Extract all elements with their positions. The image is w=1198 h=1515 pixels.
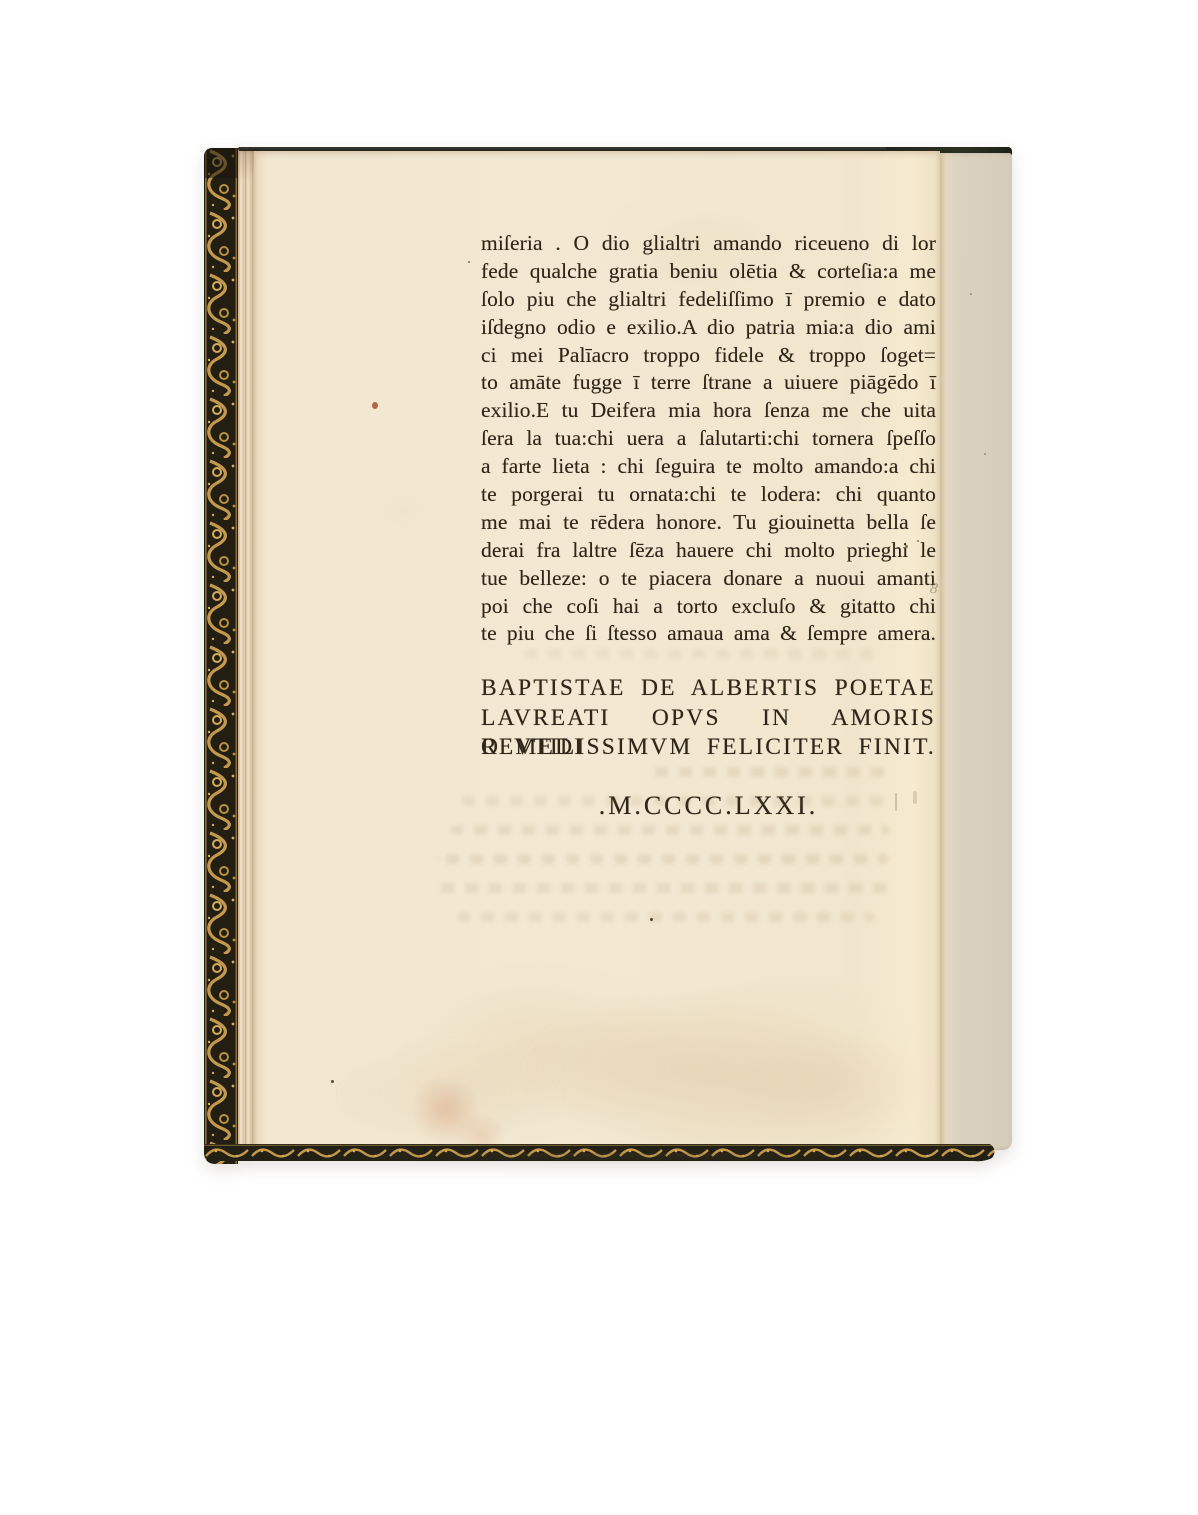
speck: [650, 918, 653, 921]
pencil-mark: [895, 793, 897, 811]
show-through-line: [437, 883, 889, 893]
text-block: miſeria . O dio glialtri amando riceueno…: [481, 230, 936, 821]
pencil-mark: [913, 791, 917, 804]
colophon-line: O VTILISSIMVM FELICITER FINIT.: [481, 733, 936, 762]
speck: [905, 545, 908, 548]
speck: [970, 293, 972, 295]
text-line: derai fra laltre ſēza hauere chi molto p…: [481, 537, 936, 565]
show-through-line: [457, 912, 875, 922]
book-shadow: [214, 1153, 1004, 1167]
fore-edge-leaf: 8: [940, 153, 1012, 1150]
text-line: me mai te rēdera honore. Tu giouinetta b…: [481, 509, 936, 537]
text-line: te piu che ſi ſtesso amaua ama & ſempre …: [481, 620, 936, 648]
stain: [304, 1039, 566, 1151]
speck: [984, 453, 986, 455]
show-through-line: [450, 825, 890, 835]
text-line: ſera la tua:chi uera a ſalutarti:chi tor…: [481, 425, 936, 453]
speck: [468, 261, 470, 263]
stain: [740, 1031, 920, 1141]
colophon-line: LAVREATI OPVS IN AMORIS REMEDI: [481, 704, 936, 733]
stain: [372, 402, 378, 409]
speck: [917, 540, 919, 542]
speck: [331, 1080, 334, 1083]
text-line: iſdegno odio e exilio.A dio patria mia:a…: [481, 314, 936, 342]
text-line: to amāte fugge ī terre ſtrane a uiuere p…: [481, 369, 936, 397]
text-line: te porgerai tu ornata:chi te lodera: chi…: [481, 481, 936, 509]
text-line: miſeria . O dio glialtri amando riceueno…: [481, 230, 936, 258]
text-column: miſeria . O dio glialtri amando riceueno…: [481, 230, 936, 648]
text-line: ci mei Palīacro troppo fidele & troppo ſ…: [481, 342, 936, 370]
show-through-line: [459, 796, 889, 806]
text-line: poi che coſi hai a torto excluſo & gitat…: [481, 593, 936, 621]
recto-page: miſeria . O dio glialtri amando riceueno…: [254, 151, 940, 1151]
colophon-line: BAPTISTAE DE ALBERTIS POETAE: [481, 674, 936, 703]
show-through-line: [437, 854, 889, 864]
text-line: exilio.E tu Deifera mia hora ſenza me ch…: [481, 397, 936, 425]
text-line: fede qualche gratia beniu olētia & corte…: [481, 258, 936, 286]
text-line: ſolo piu che glialtri fedeliſſimo ī prem…: [481, 286, 936, 314]
text-line: a farte lieta : chi ſeguira te molto ama…: [481, 453, 936, 481]
gilt-border-left: [204, 148, 238, 1164]
book-photo: miſeria . O dio glialtri amando riceueno…: [204, 147, 1012, 1164]
show-through-line: [524, 649, 884, 659]
colophon: BAPTISTAE DE ALBERTIS POETAE LAVREATI OP…: [481, 674, 936, 762]
text-line: tue belleze: o te piacera donare a nuoui…: [481, 565, 936, 593]
show-through-line: [649, 767, 887, 777]
